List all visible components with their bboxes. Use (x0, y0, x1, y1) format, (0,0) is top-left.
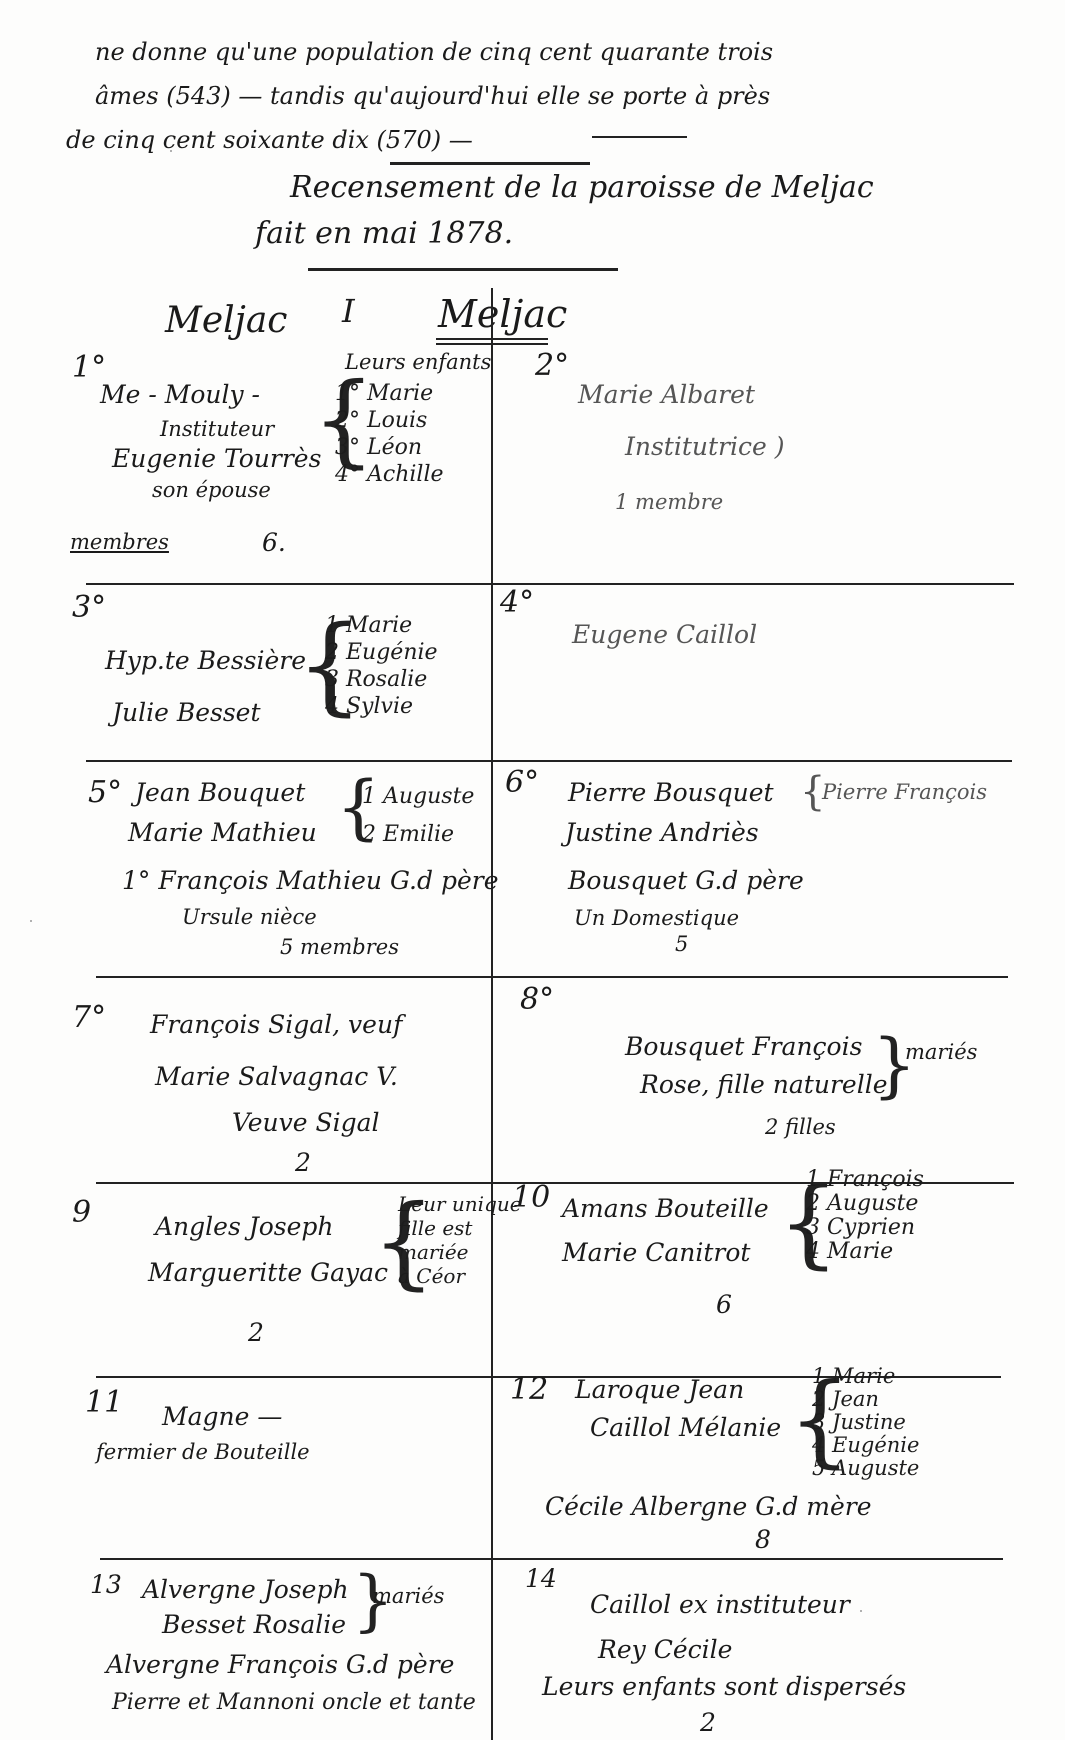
child: 3° Léon (335, 434, 444, 461)
occupation: Instituteur (160, 417, 274, 441)
members-count: 6. (262, 528, 286, 557)
spouse: Marie Mathieu (128, 818, 317, 847)
row-divider-2 (86, 760, 1012, 762)
children-note: Leur unique fille est mariée à Céor (398, 1192, 522, 1288)
extra-member: Ursule nièce (182, 905, 317, 929)
members-count: 1 membre (615, 490, 723, 514)
spouse: Marie Canitrot (562, 1238, 750, 1267)
column-divider (491, 288, 493, 1740)
head-of-household: Magne — (162, 1402, 282, 1431)
child: 4 Eugénie (812, 1434, 919, 1457)
intro-line-1: ne donne qu'une population de cinq cent … (95, 38, 773, 66)
head-of-household: Angles Joseph (155, 1212, 334, 1241)
speck (170, 150, 172, 152)
center-heading: Meljac (438, 292, 567, 336)
extra-member: 1° François Mathieu G.d père (122, 866, 499, 895)
extra-member: Cécile Albergne G.d mère (545, 1492, 872, 1521)
document-title: Recensement de la paroisse de Meljac (290, 170, 874, 205)
spouse: Justine Andriès (565, 818, 759, 847)
child: 5 Auguste (812, 1457, 919, 1480)
child-note-line: à Céor (398, 1264, 522, 1288)
intro-dash (592, 136, 687, 138)
speck (700, 1505, 702, 1507)
child: 2° Louis (335, 407, 444, 434)
entry-number: 11 (85, 1385, 123, 1420)
section-numeral: I (342, 292, 355, 330)
children-list: 1 Marie 2 Jean 3 Justine 4 Eugénie 5 Aug… (812, 1365, 919, 1480)
head-of-household: Bousquet François (625, 1032, 862, 1061)
spouse: Margueritte Gayac (148, 1258, 388, 1287)
child: 4 Sylvie (325, 693, 438, 720)
extra-member: Bousquet G.d père (568, 866, 804, 895)
speck (30, 920, 32, 922)
intro-underline (390, 162, 590, 165)
head-of-household: François Sigal, veuf (150, 1010, 402, 1039)
spouse: Besset Rosalie (162, 1610, 346, 1639)
children-list: 1 François 2 Auguste 3 Cyprien 4 Marie (806, 1168, 924, 1264)
extra-member: Alvergne François G.d père (106, 1650, 454, 1679)
entry-number: 12 (510, 1372, 548, 1407)
child: 4 Marie (806, 1240, 924, 1264)
left-heading: Meljac (165, 300, 287, 341)
head-of-household: Jean Bouquet (135, 778, 305, 807)
child: 1 Marie (812, 1365, 919, 1388)
title-underline (308, 268, 618, 271)
members-label: membres (70, 530, 169, 554)
members-count: 8 (755, 1525, 771, 1554)
head-of-household: Laroque Jean (575, 1375, 744, 1404)
spouse-role: son épouse (152, 478, 271, 502)
child-note-line: mariée (398, 1240, 522, 1264)
child: 1 Marie (325, 612, 438, 639)
child: 2 Eugénie (325, 639, 438, 666)
child: 4° Achille (335, 461, 444, 488)
child-note-line: fille est (398, 1216, 522, 1240)
extra-member: Pierre et Mannoni oncle et tante (112, 1690, 476, 1715)
child: 1 François (806, 1168, 924, 1192)
members-count: 6 (716, 1290, 732, 1319)
row-divider-3 (96, 976, 1008, 978)
row-divider-1 (86, 583, 1014, 585)
members-count: 2 (248, 1318, 264, 1347)
spouse: Julie Besset (112, 698, 261, 727)
entry-number: 5° (88, 775, 122, 810)
spouse: Rey Cécile (598, 1635, 732, 1664)
head-of-household: Hyp.te Bessière (105, 646, 306, 675)
occupation: fermier de Bouteille (96, 1440, 310, 1464)
head-of-household: Amans Bouteille (562, 1194, 769, 1223)
extra-note: Leurs enfants sont dispersés (542, 1672, 906, 1701)
entry-number: 13 (90, 1570, 122, 1599)
head-of-household: Eugene Caillol (572, 620, 757, 649)
extra-member: Un Domestique (574, 906, 739, 930)
side-note: mariés (372, 1584, 444, 1608)
entry-number: 10 (512, 1180, 550, 1215)
child: 3 Cyprien (806, 1216, 924, 1240)
head-of-household: Caillol ex instituteur (590, 1590, 850, 1619)
document-subtitle: fait en mai 1878. (255, 216, 513, 251)
entry-number: 7° (72, 1000, 106, 1035)
members-count: 2 (295, 1148, 311, 1177)
child: 1 Auguste (362, 778, 474, 816)
spouse: Eugenie Tourrès (112, 444, 321, 473)
children-list: 1° Marie 2° Louis 3° Léon 4° Achille (335, 380, 444, 488)
head-of-household: Me - Mouly - (100, 380, 260, 409)
intro-line-2: âmes (543) — tandis qu'aujourd'hui elle … (95, 82, 770, 110)
entry-number: 3° (72, 590, 106, 625)
head-of-household: Pierre Bousquet (568, 778, 774, 807)
spouse: Caillol Mélanie (590, 1413, 781, 1442)
child: 2 Jean (812, 1388, 919, 1411)
entry-number: 2° (535, 348, 569, 383)
speck (860, 1610, 862, 1612)
child: 1° Marie (335, 380, 444, 407)
entry-number: 6° (505, 765, 539, 800)
side-note: mariés (905, 1040, 977, 1064)
children-list: 1 Auguste 2 Emilie (362, 778, 474, 854)
head-of-household: Alvergne Joseph (142, 1575, 349, 1604)
entry-number: 9 (72, 1195, 91, 1230)
child-note-line: Leur unique (398, 1192, 522, 1216)
child: 2 Emilie (362, 816, 474, 854)
children-label: Leurs enfants (345, 350, 491, 374)
occupation: Institutrice ) (625, 432, 785, 461)
spouse-note: Veuve Sigal (232, 1108, 380, 1137)
members-count: 5 membres (280, 935, 399, 959)
head-of-household: Marie Albaret (578, 380, 755, 409)
intro-line-3: de cinq cent soixante dix (570) — (66, 126, 473, 154)
entry-number: 8° (520, 982, 554, 1017)
child: 3 Rosalie (325, 666, 438, 693)
spouse: Marie Salvagnac V. (155, 1062, 398, 1091)
child: 3 Justine (812, 1411, 919, 1434)
child: Pierre François (822, 780, 987, 804)
members-count: 5 (675, 932, 688, 956)
children-list: 1 Marie 2 Eugénie 3 Rosalie 4 Sylvie (325, 612, 438, 720)
members-count: 2 filles (765, 1115, 836, 1139)
entry-number: 14 (525, 1564, 557, 1593)
members-count: 2 (700, 1708, 716, 1737)
row-divider-6 (100, 1558, 1003, 1560)
spouse: Rose, fille naturelle (640, 1070, 888, 1099)
entry-number: 4° (500, 585, 534, 620)
child: 2 Auguste (806, 1192, 924, 1216)
